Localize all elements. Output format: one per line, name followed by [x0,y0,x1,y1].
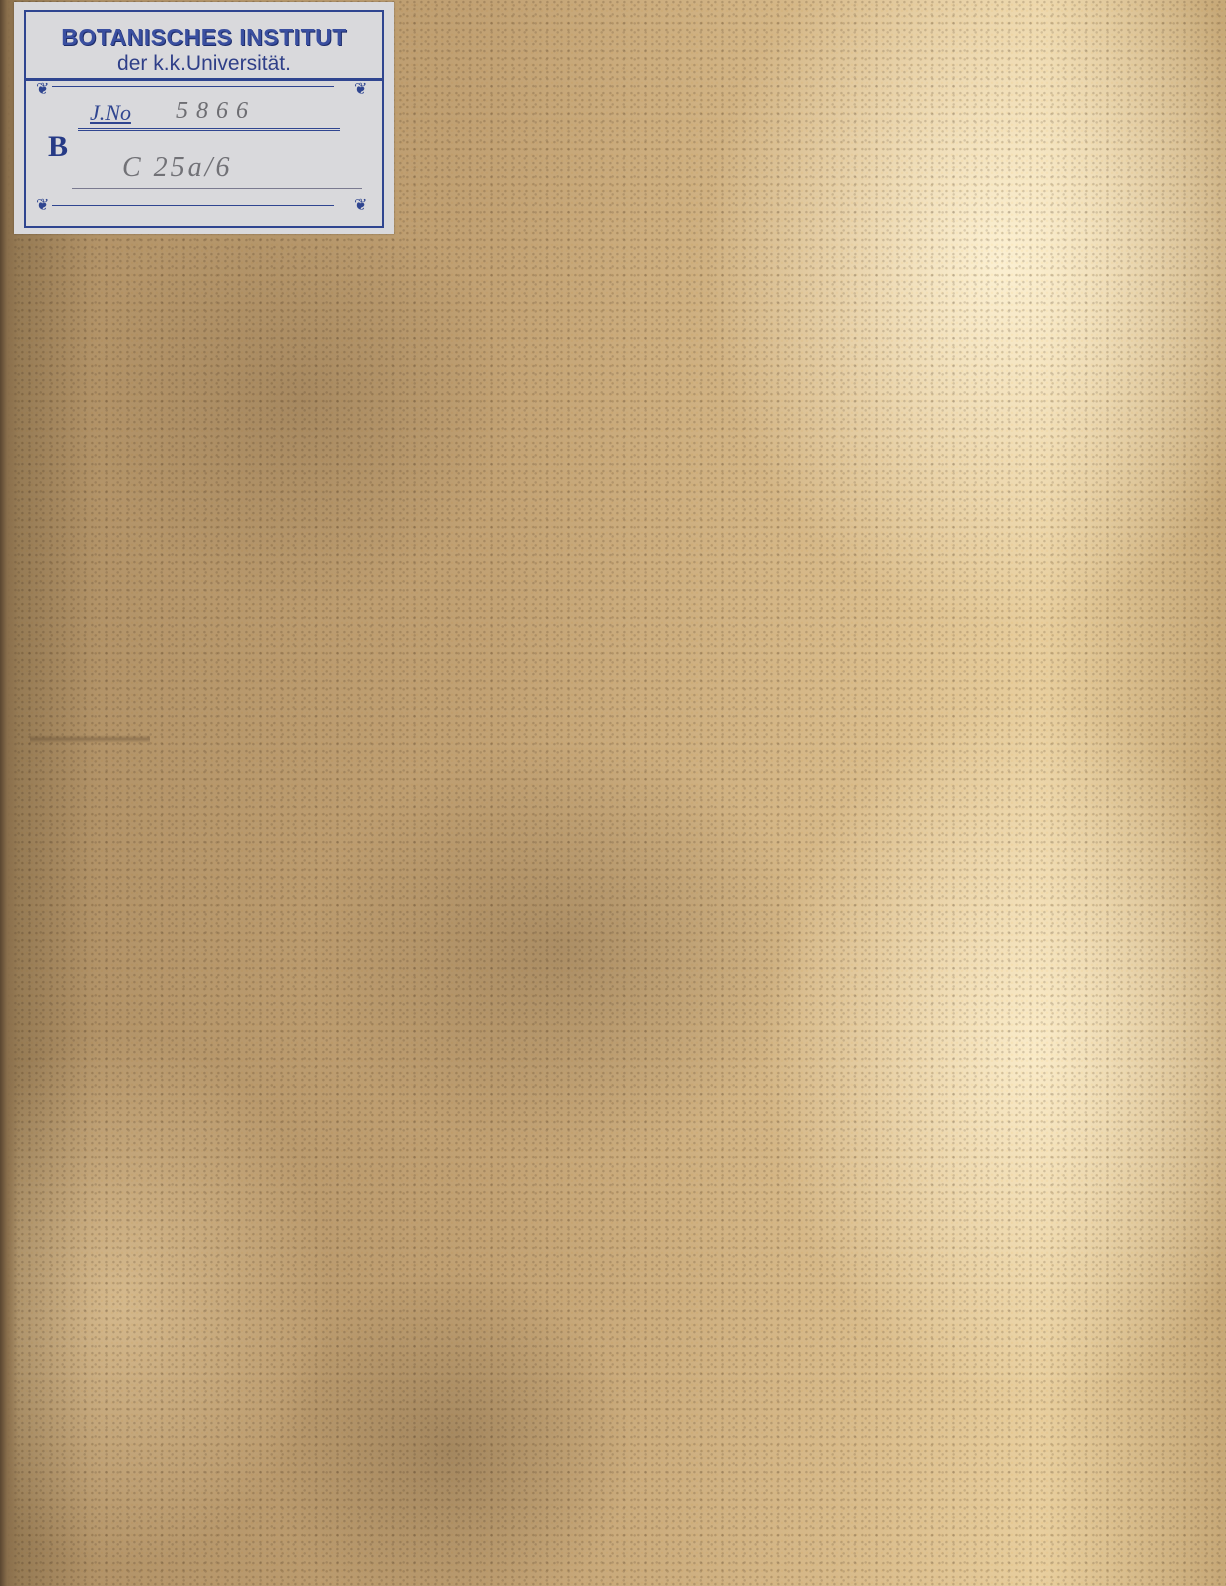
spine-edge [0,0,18,1586]
section-letter: B [48,130,68,164]
ornament-icon: ❦ [36,82,49,98]
ornament-icon: ❦ [36,198,49,214]
institution-name: BOTANISCHES INSTITUT [26,24,382,51]
library-label: BOTANISCHES INSTITUT der k.k.Universität… [14,2,394,234]
ornament-icon: ❦ [354,82,367,98]
label-header: BOTANISCHES INSTITUT der k.k.Universität… [26,12,382,81]
inventory-number: 5866 [176,98,256,125]
call-number: C 25a/6 [122,152,232,184]
inventory-row: J.No 5866 [78,98,340,131]
institution-subtitle: der k.k.Universität. [26,52,382,76]
inventory-prefix: J.No [90,100,131,126]
call-number-line [72,188,362,189]
cover-crease [30,735,150,743]
book-cover [0,0,1226,1586]
ornament-icon: ❦ [354,198,367,214]
